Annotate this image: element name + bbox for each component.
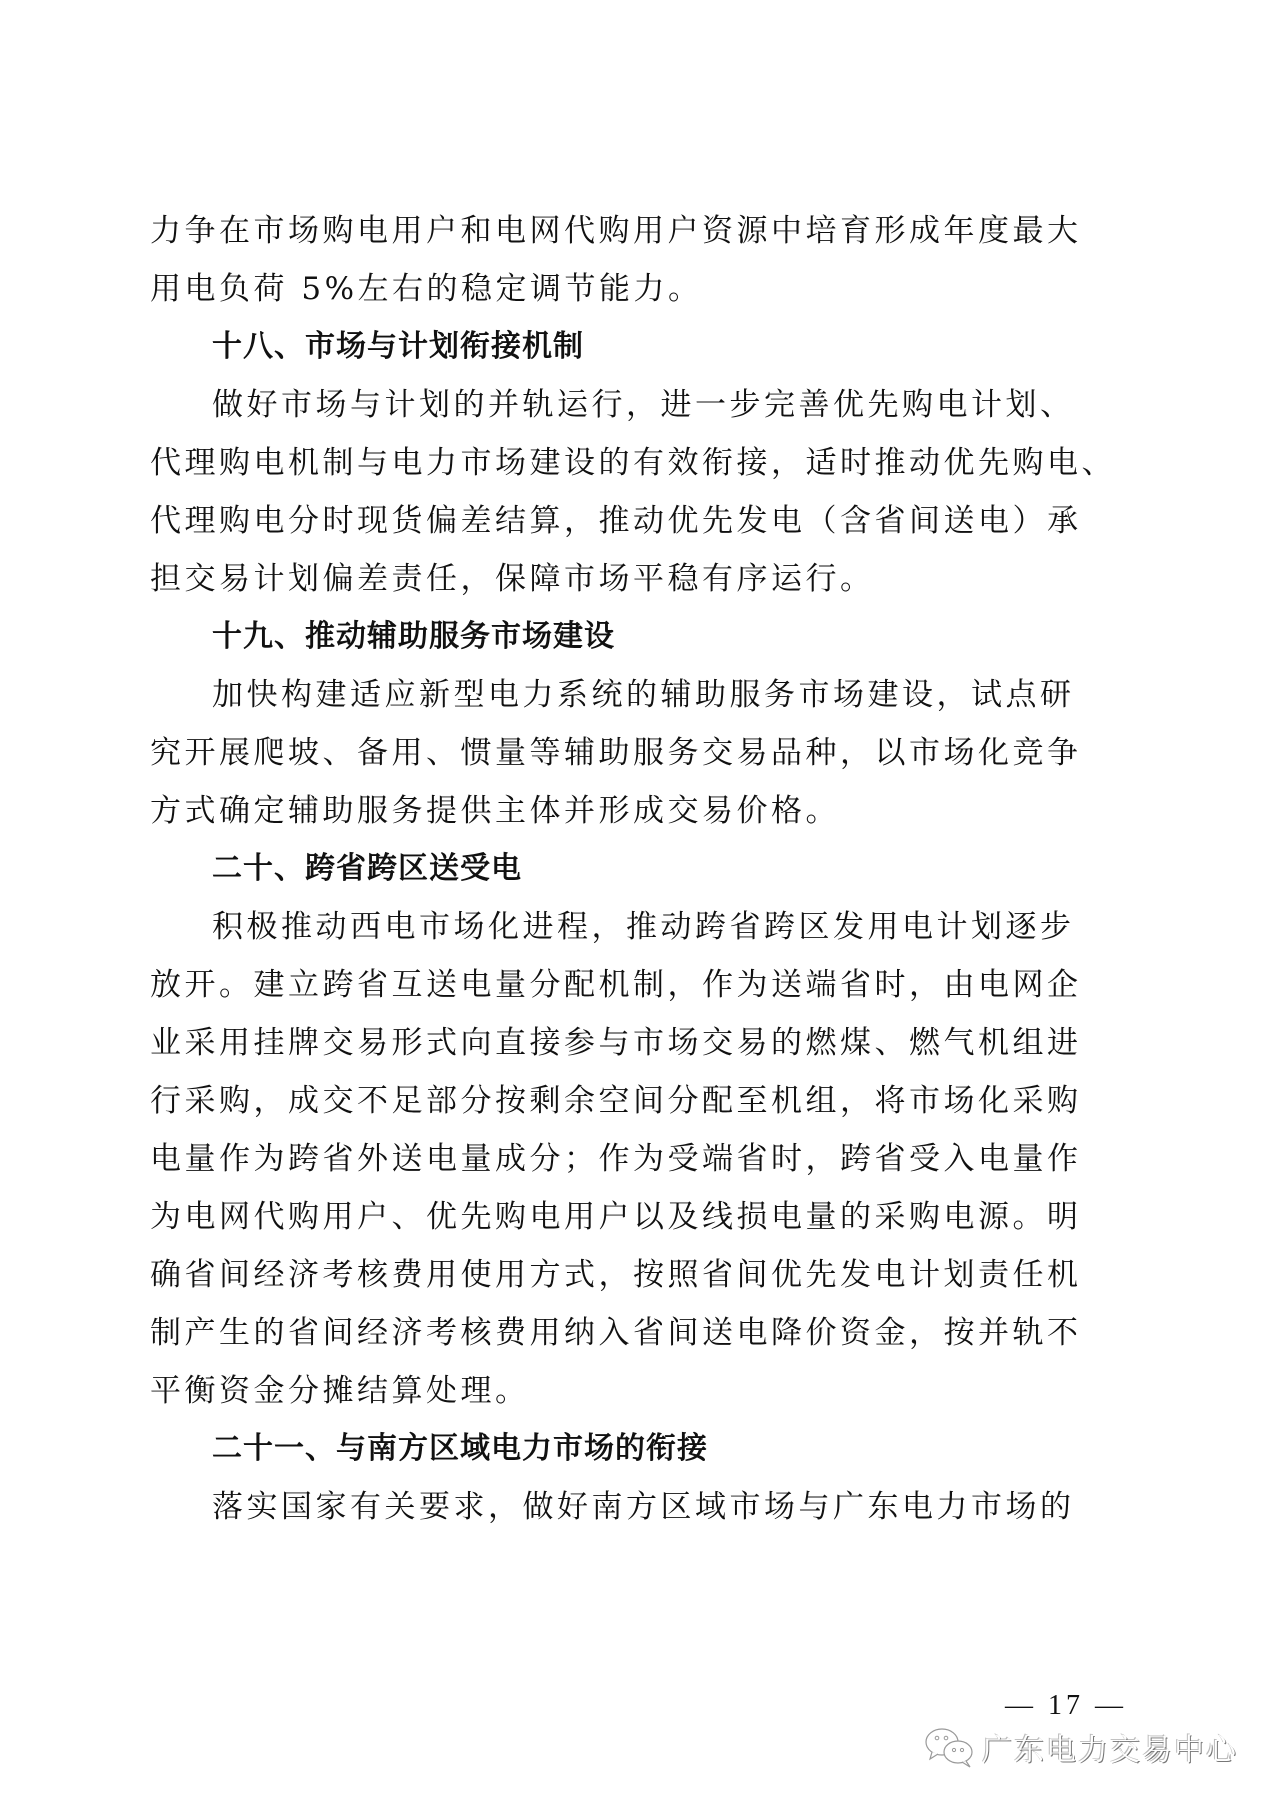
section-heading: 十九、推动辅助服务市场建设: [150, 608, 982, 666]
body-text-line: 方式确定辅助服务提供主体并形成交易价格。: [150, 782, 982, 840]
body-text-line: 平衡资金分摊结算处理。: [150, 1362, 982, 1420]
wechat-icon: [924, 1726, 976, 1768]
page-number: — 17 —: [1005, 1690, 1127, 1722]
body-text-line: 力争在市场购电用户和电网代购用户资源中培育形成年度最大: [150, 202, 982, 260]
body-text-line: 放开。建立跨省互送电量分配机制，作为送端省时，由电网企: [150, 956, 982, 1014]
body-text-line: 担交易计划偏差责任，保障市场平稳有序运行。: [150, 550, 982, 608]
document-page: 力争在市场购电用户和电网代购用户资源中培育形成年度最大用电负荷 5%左右的稳定调…: [150, 202, 982, 1536]
body-text-line: 究开展爬坡、备用、惯量等辅助服务交易品种，以市场化竞争: [150, 724, 982, 782]
body-text-line: 代理购电分时现货偏差结算，推动优先发电（含省间送电）承: [150, 492, 982, 550]
section-heading: 十八、市场与计划衔接机制: [150, 318, 982, 376]
watermark: 广东电力交易中心: [924, 1725, 1238, 1769]
body-text-line: 积极推动西电市场化进程，推动跨省跨区发用电计划逐步: [150, 898, 982, 956]
body-text-line: 确省间经济考核费用使用方式，按照省间优先发电计划责任机: [150, 1246, 982, 1304]
watermark-text: 广东电力交易中心: [982, 1725, 1238, 1769]
body-text-line: 做好市场与计划的并轨运行，进一步完善优先购电计划、: [150, 376, 982, 434]
body-text-line: 代理购电机制与电力市场建设的有效衔接，适时推动优先购电、: [150, 434, 982, 492]
body-text-line: 用电负荷 5%左右的稳定调节能力。: [150, 260, 982, 318]
section-heading: 二十一、与南方区域电力市场的衔接: [150, 1420, 982, 1478]
body-text-line: 为电网代购用户、优先购电用户以及线损电量的采购电源。明: [150, 1188, 982, 1246]
body-text-line: 制产生的省间经济考核费用纳入省间送电降价资金，按并轨不: [150, 1304, 982, 1362]
body-text-line: 落实国家有关要求，做好南方区域市场与广东电力市场的: [150, 1478, 982, 1536]
body-text-line: 电量作为跨省外送电量成分；作为受端省时，跨省受入电量作: [150, 1130, 982, 1188]
body-text-line: 加快构建适应新型电力系统的辅助服务市场建设，试点研: [150, 666, 982, 724]
section-heading: 二十、跨省跨区送受电: [150, 840, 982, 898]
document-body: 力争在市场购电用户和电网代购用户资源中培育形成年度最大用电负荷 5%左右的稳定调…: [150, 202, 982, 1536]
body-text-line: 业采用挂牌交易形式向直接参与市场交易的燃煤、燃气机组进: [150, 1014, 982, 1072]
body-text-line: 行采购，成交不足部分按剩余空间分配至机组，将市场化采购: [150, 1072, 982, 1130]
